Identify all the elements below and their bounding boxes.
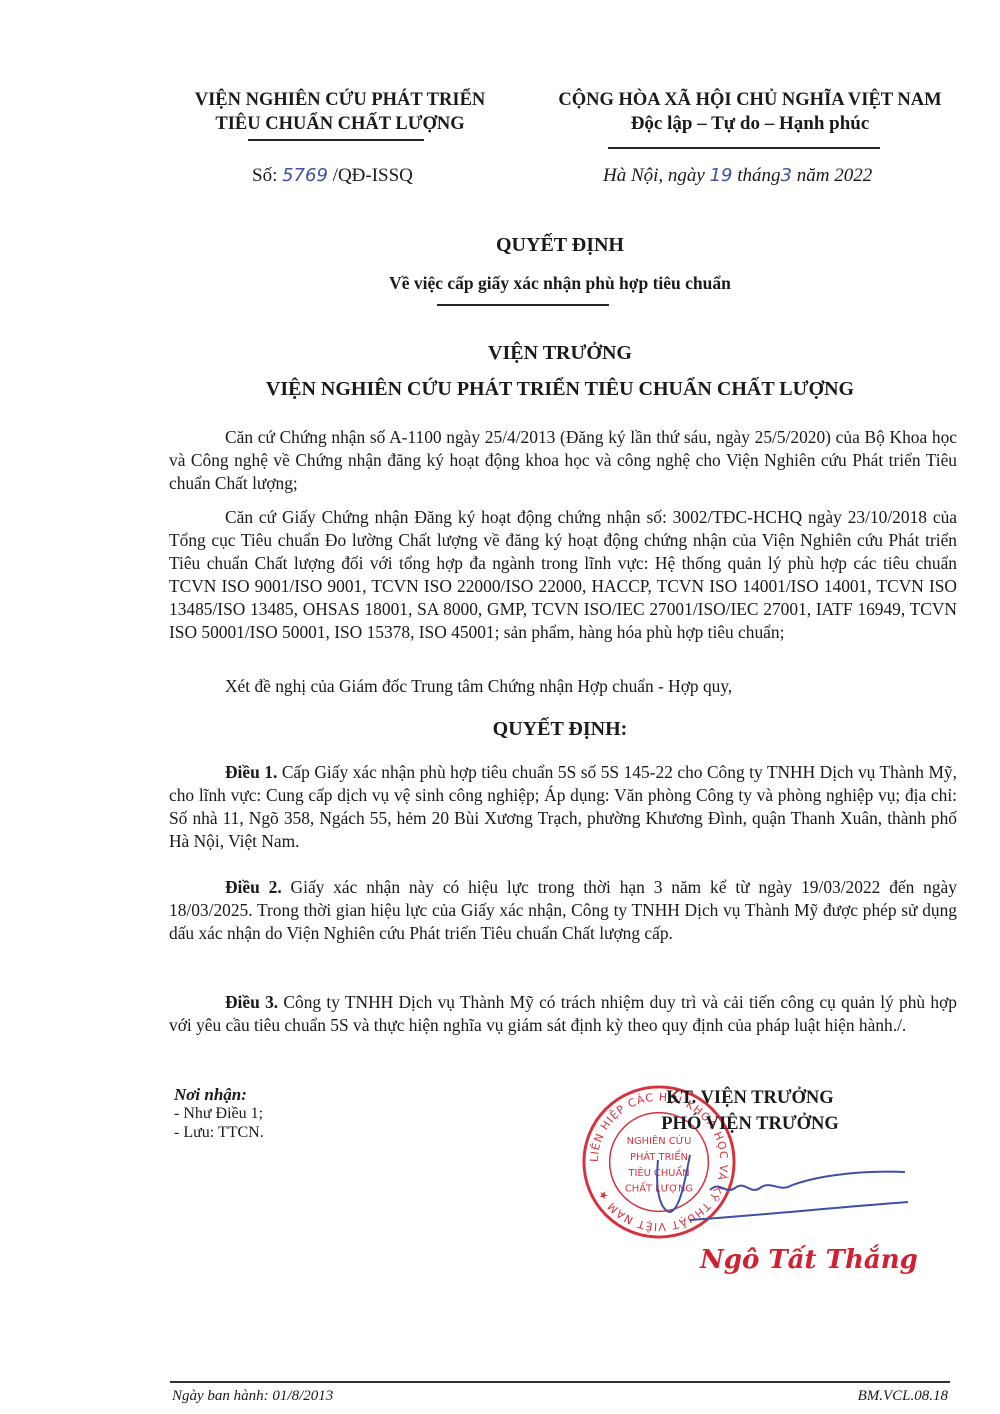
org-line-1: VIỆN NGHIÊN CỨU PHÁT TRIỂN — [150, 88, 530, 112]
authority-organization: VIỆN NGHIÊN CỨU PHÁT TRIỂN TIÊU CHUẨN CH… — [160, 378, 960, 401]
number-suffix: /QĐ-ISSQ — [328, 165, 413, 186]
document-date: Hà Nội, ngày 19 tháng3 năm 2022 — [603, 165, 872, 187]
signer-title-2: PHÓ VIỆN TRƯỞNG — [600, 1111, 900, 1137]
article-text: Công ty TNHH Dịch vụ Thành Mỹ có trách n… — [169, 992, 957, 1035]
handwritten-signature-icon — [650, 1150, 910, 1230]
date-prefix: Hà Nội, ngày — [603, 165, 710, 186]
decision-heading: QUYẾT ĐỊNH: — [160, 718, 960, 741]
nation-line-1: CỘNG HÒA XÃ HỘI CHỦ NGHĨA VIỆT NAM — [520, 88, 980, 112]
article-3: Điều 3. Công ty TNHH Dịch vụ Thành Mỹ có… — [169, 991, 957, 1037]
article-label: Điều 3. — [225, 992, 278, 1012]
signer-name: Ngô Tất Thắng — [700, 1245, 918, 1275]
issuing-organization: VIỆN NGHIÊN CỨU PHÁT TRIỂN TIÊU CHUẨN CH… — [150, 88, 530, 136]
divider — [608, 147, 880, 149]
footer-divider — [170, 1381, 950, 1383]
document-title: QUYẾT ĐỊNH — [160, 234, 960, 257]
divider — [437, 304, 609, 306]
form-code: BM.VCL.08.18 — [858, 1388, 948, 1405]
signer-title-1: KT. VIỆN TRƯỞNG — [600, 1085, 900, 1111]
preamble-paragraph: Căn cứ Chứng nhận số A-1100 ngày 25/4/20… — [169, 426, 957, 495]
divider — [248, 139, 424, 141]
signature-block: KT. VIỆN TRƯỞNG PHÓ VIỆN TRƯỞNG — [600, 1085, 900, 1137]
number-prefix: Số: — [252, 165, 282, 186]
recipient-item: - Lưu: TTCN. — [174, 1123, 264, 1142]
recipient-item: - Như Điều 1; — [174, 1104, 264, 1123]
recipients-title: Nơi nhận: — [174, 1085, 264, 1104]
national-header: CỘNG HÒA XÃ HỘI CHỦ NGHĨA VIỆT NAM Độc l… — [520, 88, 980, 136]
issue-date: Ngày ban hành: 01/8/2013 — [172, 1388, 333, 1405]
date-day: 19 — [710, 165, 733, 186]
article-label: Điều 1. — [225, 762, 277, 782]
preamble-paragraph: Xét đề nghị của Giám đốc Trung tâm Chứng… — [169, 675, 957, 698]
recipients: Nơi nhận: - Như Điều 1; - Lưu: TTCN. — [174, 1085, 264, 1142]
document-subject: Về việc cấp giấy xác nhận phù hợp tiêu c… — [160, 273, 960, 294]
authority-title: VIỆN TRƯỞNG — [160, 342, 960, 365]
article-2: Điều 2. Giấy xác nhận này có hiệu lực tr… — [169, 876, 957, 945]
article-1: Điều 1. Cấp Giấy xác nhận phù hợp tiêu c… — [169, 761, 957, 853]
nation-motto: Độc lập – Tự do – Hạnh phúc — [520, 112, 980, 136]
year-label: năm 2022 — [792, 165, 872, 186]
preamble-paragraph: Căn cứ Giấy Chứng nhận Đăng ký hoạt động… — [169, 506, 957, 644]
org-line-2: TIÊU CHUẨN CHẤT LƯỢNG — [150, 112, 530, 136]
article-text: Giấy xác nhận này có hiệu lực trong thời… — [169, 877, 957, 943]
document-number: Số: 5769 /QĐ-ISSQ — [252, 165, 413, 187]
number-handwritten: 5769 — [282, 165, 328, 186]
month-label: tháng — [733, 165, 781, 186]
date-month: 3 — [781, 165, 792, 186]
article-label: Điều 2. — [225, 877, 282, 897]
article-text: Cấp Giấy xác nhận phù hợp tiêu chuẩn 5S … — [169, 762, 957, 851]
